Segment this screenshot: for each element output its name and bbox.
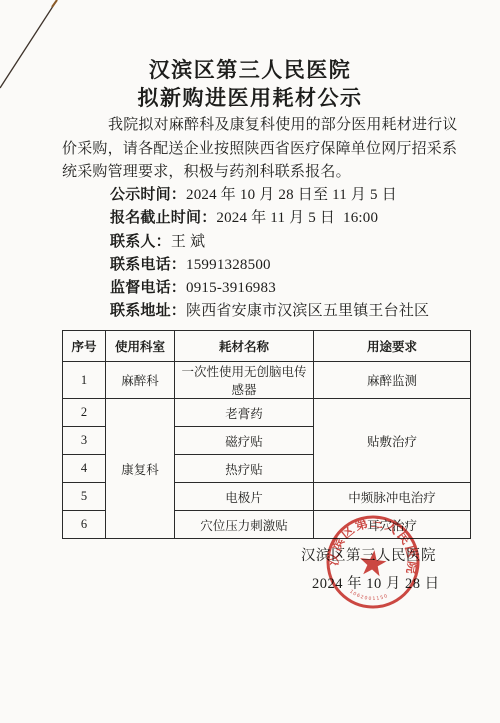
cell-serial: 4 — [63, 455, 106, 483]
header-usage: 用途要求 — [314, 331, 471, 362]
info-label: 联系电话： — [110, 257, 186, 273]
signature-hospital-name: 汉滨区第三人民医院 — [301, 544, 436, 565]
document-page: 汉滨区第三人民医院 拟新购进医用耗材公示 我院拟对麻醉科及康复科使用的部分医用耗… — [0, 0, 500, 723]
cell-serial: 3 — [63, 427, 106, 455]
info-line-registration-deadline: 报名截止时间：2024 年 11 月 5 日 16:00 — [110, 207, 429, 230]
table-row: 1 麻醉科 一次性使用无创脑电传感器 麻醉监测 — [63, 362, 471, 399]
paragraph-line: 我院拟对麻醉科及康复科使用的部分医用耗材进行议 — [62, 114, 454, 138]
info-list: 公示时间：2024 年 10 月 28 日至 11 月 5 日 报名截止时间：2… — [110, 184, 429, 324]
paragraph-line: 统采购管理要求，积极与药剂科联系报名。 — [62, 161, 454, 185]
info-line-contact-address: 联系地址：陕西省安康市汉滨区五里镇王台社区 — [110, 300, 429, 323]
info-label: 报名截止时间： — [110, 210, 216, 226]
cell-serial: 5 — [63, 483, 106, 511]
info-label: 联系人： — [110, 234, 171, 250]
info-label: 联系地址： — [110, 303, 186, 319]
document-title-line1: 汉滨区第三人民医院 — [0, 56, 500, 84]
info-line-contact-person: 联系人：王 斌 — [110, 231, 429, 254]
cell-material: 穴位压力刺激贴 — [175, 511, 314, 539]
paragraph-line: 价采购，请各配送企业按照陕西省医疗保障单位网厅招采系 — [62, 138, 454, 162]
cell-material: 一次性使用无创脑电传感器 — [175, 362, 314, 399]
cell-material: 老膏药 — [175, 399, 314, 427]
cell-department: 康复科 — [106, 399, 175, 539]
info-value: 2024 年 11 月 5 日 16:00 — [216, 210, 378, 226]
cell-department: 麻醉科 — [106, 362, 175, 399]
info-label: 监督电话： — [110, 280, 186, 296]
info-value: 王 斌 — [171, 234, 205, 250]
info-label: 公示时间： — [110, 187, 186, 203]
header-department: 使用科室 — [106, 331, 175, 362]
header-material-name: 耗材名称 — [175, 331, 314, 362]
info-line-contact-phone: 联系电话：15991328500 — [110, 254, 429, 277]
info-value: 15991328500 — [186, 257, 271, 273]
cell-usage: 贴敷治疗 — [314, 399, 471, 483]
cell-usage: 麻醉监测 — [314, 362, 471, 399]
cell-material: 热疗贴 — [175, 455, 314, 483]
document-title: 汉滨区第三人民医院 拟新购进医用耗材公示 — [0, 56, 500, 112]
cell-serial: 6 — [63, 511, 106, 539]
signature-date: 2024 年 10 月 28 日 — [312, 572, 440, 593]
info-line-supervision-phone: 监督电话：0915-3916983 — [110, 277, 429, 300]
cell-serial: 2 — [63, 399, 106, 427]
materials-table: 序号 使用科室 耗材名称 用途要求 1 麻醉科 一次性使用无创脑电传感器 麻醉监… — [62, 330, 471, 539]
document-title-line2: 拟新购进医用耗材公示 — [0, 84, 500, 112]
intro-paragraph: 我院拟对麻醉科及康复科使用的部分医用耗材进行议 价采购，请各配送企业按照陕西省医… — [62, 114, 454, 185]
info-value: 2024 年 10 月 28 日至 11 月 5 日 — [186, 187, 397, 203]
info-value: 0915-3916983 — [186, 280, 276, 296]
cell-usage: 耳穴治疗 — [314, 511, 471, 539]
info-line-publicity-period: 公示时间：2024 年 10 月 28 日至 11 月 5 日 — [110, 184, 429, 207]
cell-usage: 中频脉冲电治疗 — [314, 483, 471, 511]
info-value: 陕西省安康市汉滨区五里镇王台社区 — [186, 303, 429, 319]
cell-material: 磁疗贴 — [175, 427, 314, 455]
cell-serial: 1 — [63, 362, 106, 399]
header-serial-no: 序号 — [63, 331, 106, 362]
table-header-row: 序号 使用科室 耗材名称 用途要求 — [63, 331, 471, 362]
table-row: 2 康复科 老膏药 贴敷治疗 — [63, 399, 471, 427]
cell-material: 电极片 — [175, 483, 314, 511]
